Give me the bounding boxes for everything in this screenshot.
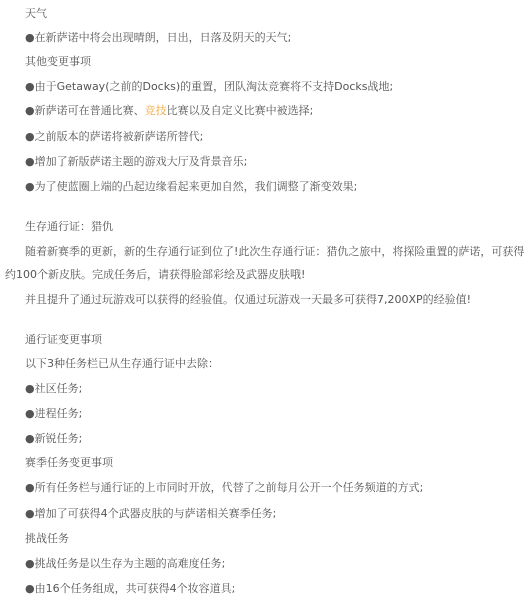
section-heading-pass-changes: 通行证变更事项 xyxy=(25,333,102,347)
list-item: ●由16个任务组成，共可获得4个妆容道具; xyxy=(25,582,235,596)
pass-changes-intro: 以下3种任务栏已从生存通行证中去除： xyxy=(25,357,219,371)
list-item: ●进程任务; xyxy=(25,407,82,421)
list-item: ●为了使蓝圈上端的凸起边缘看起来更加自然，我们调整了渐变效果; xyxy=(25,180,357,194)
section-heading-season-missions: 赛季任务变更事项 xyxy=(25,456,113,470)
section-heading-challenge-missions: 挑战任务 xyxy=(25,532,69,546)
survival-pass-xp-paragraph: 并且提升了通过玩游戏可以获得的经验值。仅通过玩游戏一天最多可获得7,200XP的… xyxy=(25,293,471,307)
section-heading-other-changes: 其他变更事项 xyxy=(25,55,91,69)
list-item: ●增加了新版萨诺主题的游戏大厅及背景音乐; xyxy=(25,155,247,169)
highlight-keyword-competitive: 竞技 xyxy=(145,104,167,117)
list-item: ●由于Getaway(之前的Docks)的重置，团队淘汰竞赛将不支持Docks战… xyxy=(25,80,393,94)
list-item: ●增加了可获得4个武器皮肤的与萨诺相关赛季任务; xyxy=(25,507,276,521)
list-item-prefix: ●新萨诺可在普通比赛、 xyxy=(25,104,145,117)
list-item: ●新锐任务; xyxy=(25,432,82,446)
list-item: ●之前版本的萨诺将被新萨诺所替代; xyxy=(25,130,203,144)
section-heading-weather: 天气 xyxy=(25,7,47,21)
survival-pass-paragraph: 随着新赛季的更新，新的生存通行证到位了!此次生存通行证：猎仇之旅中，将探险重置的… xyxy=(5,240,525,286)
list-item: ●社区任务; xyxy=(25,382,82,396)
list-item-suffix: 比赛以及自定义比赛中被选择; xyxy=(167,104,314,117)
section-heading-survival-pass: 生存通行证：猎仇 xyxy=(25,220,113,234)
list-item: ●在新萨诺中将会出现晴朗，日出，日落及阴天的天气; xyxy=(25,31,291,45)
list-item: ●新萨诺可在普通比赛、竞技比赛以及自定义比赛中被选择; xyxy=(25,104,313,118)
list-item: ●挑战任务是以生存为主题的高难度任务; xyxy=(25,557,225,571)
list-item: ●所有任务栏与通行证的上市同时开放，代替了之前每月公开一个任务频道的方式; xyxy=(25,481,423,495)
